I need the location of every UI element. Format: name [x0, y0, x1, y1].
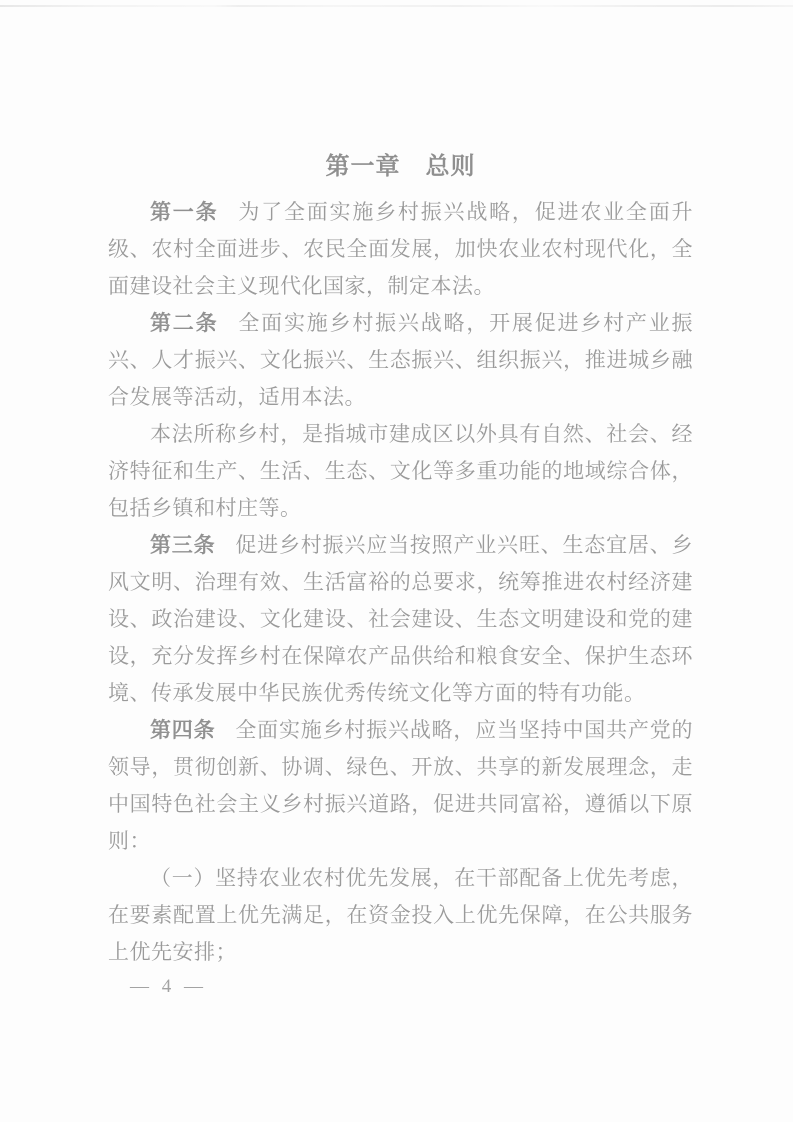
- article-4-paragraph: 第四条全面实施乡村振兴战略，应当坚持中国共产党的领导，贯彻创新、协调、绿色、开放…: [108, 712, 693, 860]
- scanned-document-page: { "document": { "chapter_heading": "第一章 …: [0, 0, 793, 1122]
- page-number: — 4 —: [130, 976, 207, 998]
- chapter-heading: 第一章 总则: [108, 150, 693, 184]
- article-2-continuation-text: 本法所称乡村，是指城市建成区以外具有自然、社会、经济特征和生产、生活、生态、文化…: [108, 422, 693, 520]
- document-content: 第一章 总则 第一条为了全面实施乡村振兴战略，促进农业全面升级、农村全面进步、农…: [108, 150, 693, 971]
- article-2-paragraph: 第二条全面实施乡村振兴战略，开展促进乡村产业振兴、人才振兴、文化振兴、生态振兴、…: [108, 305, 693, 416]
- article-4-item-1-paragraph: （一）坚持农业农村优先发展，在干部配备上优先考虑，在要素配置上优先满足，在资金投…: [108, 860, 693, 971]
- article-4-item-1-text: （一）坚持农业农村优先发展，在干部配备上优先考虑，在要素配置上优先满足，在资金投…: [108, 866, 693, 964]
- scan-artifact-line: [0, 5, 793, 7]
- article-2-number: 第二条: [150, 311, 218, 335]
- article-1-number: 第一条: [150, 200, 218, 224]
- article-3-number: 第三条: [150, 533, 215, 557]
- article-3-text: 促进乡村振兴应当按照产业兴旺、生态宜居、乡风文明、治理有效、生活富裕的总要求，统…: [108, 533, 693, 705]
- article-3-paragraph: 第三条促进乡村振兴应当按照产业兴旺、生态宜居、乡风文明、治理有效、生活富裕的总要…: [108, 527, 693, 712]
- article-4-number: 第四条: [150, 718, 215, 742]
- article-2-continuation-paragraph: 本法所称乡村，是指城市建成区以外具有自然、社会、经济特征和生产、生活、生态、文化…: [108, 416, 693, 527]
- article-1-paragraph: 第一条为了全面实施乡村振兴战略，促进农业全面升级、农村全面进步、农民全面发展，加…: [108, 194, 693, 305]
